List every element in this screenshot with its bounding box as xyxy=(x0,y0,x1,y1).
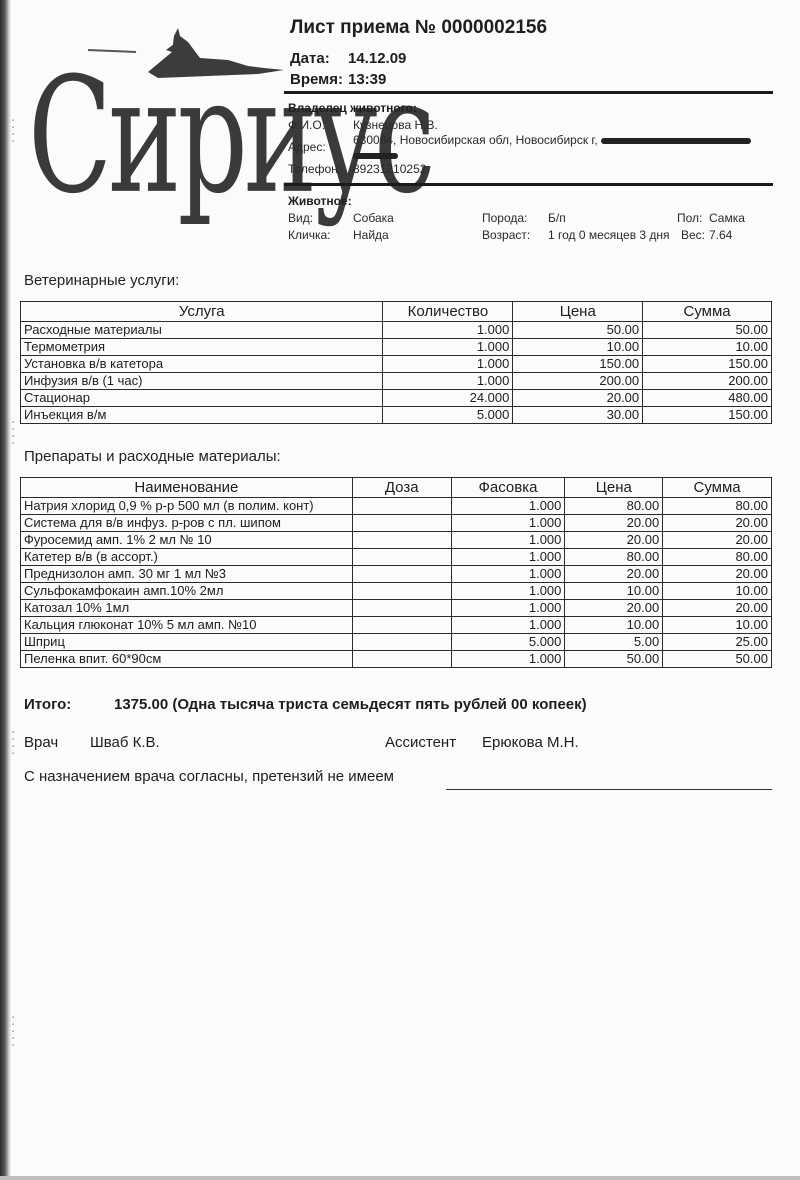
table-cell: Пеленка впит. 60*90см xyxy=(21,651,353,668)
table-cell: 1.000 xyxy=(451,600,565,617)
column-header: Фасовка xyxy=(451,478,565,498)
table-cell: Катозал 10% 1мл xyxy=(21,600,353,617)
assistant-name: Ерюкова М.Н. xyxy=(482,734,579,751)
total-value: 1375.00 (Одна тысяча триста семьдесят пя… xyxy=(114,696,587,713)
table-cell xyxy=(352,583,451,600)
table-cell: 10.00 xyxy=(513,339,643,356)
table-cell: 20.00 xyxy=(663,600,772,617)
document-title: Лист приема № 0000002156 xyxy=(290,17,547,39)
signature-line xyxy=(446,789,772,790)
table-cell: 50.00 xyxy=(565,651,663,668)
table-cell: Термометрия xyxy=(21,339,383,356)
table-row: Катетер в/в (в ассорт.)1.00080.0080.00 xyxy=(21,549,772,566)
table-row: Стационар24.00020.00480.00 xyxy=(21,390,772,407)
table-cell: Катетер в/в (в ассорт.) xyxy=(21,549,353,566)
owner-address-label: Адрес: xyxy=(288,140,326,154)
table-cell: 1.000 xyxy=(383,339,513,356)
table-row: Система для в/в инфуз. р-ров с пл. шипом… xyxy=(21,515,772,532)
total-label: Итого: xyxy=(24,696,114,713)
divider xyxy=(284,91,773,94)
age-label: Возраст: xyxy=(482,228,530,242)
drugs-heading: Препараты и расходные материалы: xyxy=(24,448,281,465)
table-cell: 1.000 xyxy=(451,515,565,532)
services-header-row: Услуга Количество Цена Сумма xyxy=(21,302,772,322)
table-cell xyxy=(352,515,451,532)
owner-heading: Владелец животного: xyxy=(288,101,417,115)
owner-address: 630084, Новосибирская обл, Новосибирск г… xyxy=(353,133,751,147)
table-cell xyxy=(352,566,451,583)
table-cell: 10.00 xyxy=(663,583,772,600)
table-cell xyxy=(352,634,451,651)
column-header: Услуга xyxy=(21,302,383,322)
table-cell: 50.00 xyxy=(663,651,772,668)
scan-edge-shadow xyxy=(0,0,11,1180)
table-cell: 20.00 xyxy=(663,566,772,583)
table-row: Натрия хлорид 0,9 % р-р 500 мл (в полим.… xyxy=(21,498,772,515)
table-row: Преднизолон амп. 30 мг 1 мл №31.00020.00… xyxy=(21,566,772,583)
column-header: Доза xyxy=(352,478,451,498)
table-cell xyxy=(352,532,451,549)
scan-artifact: ▪▪▪▪ xyxy=(12,420,22,448)
table-cell: 10.00 xyxy=(663,617,772,634)
date-row: Дата:14.12.09 xyxy=(290,50,406,67)
table-row: Катозал 10% 1мл1.00020.0020.00 xyxy=(21,600,772,617)
table-cell xyxy=(352,549,451,566)
table-cell: Преднизолон амп. 30 мг 1 мл №3 xyxy=(21,566,353,583)
table-cell: 20.00 xyxy=(565,600,663,617)
column-header: Сумма xyxy=(643,302,772,322)
column-header: Цена xyxy=(513,302,643,322)
table-cell: 10.00 xyxy=(565,617,663,634)
table-cell: 80.00 xyxy=(565,498,663,515)
date-value: 14.12.09 xyxy=(348,50,406,67)
doctor-name: Шваб К.В. xyxy=(90,734,160,751)
species-label: Вид: xyxy=(288,211,313,225)
pet-name-value: Найда xyxy=(353,228,389,242)
table-cell: 480.00 xyxy=(643,390,772,407)
table-cell: Стационар xyxy=(21,390,383,407)
table-cell: 150.00 xyxy=(513,356,643,373)
table-cell: Кальция глюконат 10% 5 мл амп. №10 xyxy=(21,617,353,634)
table-cell: 5.000 xyxy=(451,634,565,651)
table-cell: 1.000 xyxy=(383,322,513,339)
table-cell: 20.00 xyxy=(565,532,663,549)
time-value: 13:39 xyxy=(348,71,386,88)
column-header: Цена xyxy=(565,478,663,498)
table-cell: Фуросемид амп. 1% 2 мл № 10 xyxy=(21,532,353,549)
table-cell: 25.00 xyxy=(663,634,772,651)
table-cell: 1.000 xyxy=(451,583,565,600)
table-cell: Система для в/в инфуз. р-ров с пл. шипом xyxy=(21,515,353,532)
time-row: Время:13:39 xyxy=(290,71,386,88)
sex-label: Пол: xyxy=(677,211,702,225)
weight-value: 7.64 xyxy=(709,228,732,242)
weight-label: Вес: xyxy=(681,228,705,242)
scan-artifact: ▪▪▪▪ xyxy=(12,118,22,146)
table-row: Фуросемид амп. 1% 2 мл № 101.00020.0020.… xyxy=(21,532,772,549)
table-cell: 1.000 xyxy=(451,498,565,515)
table-cell: 1.000 xyxy=(451,549,565,566)
table-cell: 20.00 xyxy=(663,515,772,532)
owner-phone: 89231210252 xyxy=(353,162,426,176)
table-cell: Шприц xyxy=(21,634,353,651)
agreement-text: С назначением врача согласны, претензий … xyxy=(24,768,394,785)
table-cell: 24.000 xyxy=(383,390,513,407)
animal-heading: Животное: xyxy=(288,194,352,208)
date-label: Дата: xyxy=(290,50,348,67)
table-cell: Расходные материалы xyxy=(21,322,383,339)
table-row: Сульфокамфокаин амп.10% 2мл1.00010.0010.… xyxy=(21,583,772,600)
table-cell: 1.000 xyxy=(451,617,565,634)
column-header: Сумма xyxy=(663,478,772,498)
table-cell: 80.00 xyxy=(663,498,772,515)
table-cell: 10.00 xyxy=(643,339,772,356)
table-cell: 20.00 xyxy=(565,566,663,583)
column-header: Наименование xyxy=(21,478,353,498)
doctor-label: Врач xyxy=(24,734,58,751)
table-cell: Натрия хлорид 0,9 % р-р 500 мл (в полим.… xyxy=(21,498,353,515)
table-cell: 5.00 xyxy=(565,634,663,651)
table-row: Шприц5.0005.0025.00 xyxy=(21,634,772,651)
clinic-logo: Сириус xyxy=(28,22,268,242)
pet-name-label: Кличка: xyxy=(288,228,330,242)
drugs-header-row: Наименование Доза Фасовка Цена Сумма xyxy=(21,478,772,498)
table-row: Пеленка впит. 60*90см1.00050.0050.00 xyxy=(21,651,772,668)
scan-artifact: ▪▪▪▪▪ xyxy=(12,1015,22,1050)
table-cell: 30.00 xyxy=(513,407,643,424)
table-cell: 1.000 xyxy=(383,356,513,373)
assistant-label: Ассистент xyxy=(385,734,456,751)
owner-address-line2 xyxy=(353,148,398,162)
table-cell xyxy=(352,651,451,668)
table-cell: 150.00 xyxy=(643,407,772,424)
total-row: Итого:1375.00 (Одна тысяча триста семьде… xyxy=(24,696,587,713)
redaction-mark xyxy=(353,153,398,159)
services-table: Услуга Количество Цена Сумма Расходные м… xyxy=(20,301,772,424)
table-row: Кальция глюконат 10% 5 мл амп. №101.0001… xyxy=(21,617,772,634)
services-heading: Ветеринарные услуги: xyxy=(24,272,179,289)
owner-phone-label: Телефон: xyxy=(288,162,341,176)
table-row: Инфузия в/в (1 час)1.000200.00200.00 xyxy=(21,373,772,390)
owner-name-label: Ф.И.О.: xyxy=(288,118,328,132)
table-cell: 5.000 xyxy=(383,407,513,424)
owner-name: Кузнецова Н.В. xyxy=(353,118,438,132)
table-cell: Сульфокамфокаин амп.10% 2мл xyxy=(21,583,353,600)
table-cell: 20.00 xyxy=(513,390,643,407)
table-cell xyxy=(352,498,451,515)
table-cell: 80.00 xyxy=(663,549,772,566)
table-cell: 80.00 xyxy=(565,549,663,566)
table-cell: 1.000 xyxy=(451,566,565,583)
column-header: Количество xyxy=(383,302,513,322)
table-cell: 200.00 xyxy=(643,373,772,390)
scan-artifact: ▪▪▪▪ xyxy=(12,730,22,758)
time-label: Время: xyxy=(290,71,348,88)
table-row: Термометрия1.00010.0010.00 xyxy=(21,339,772,356)
redaction-mark xyxy=(601,138,751,144)
drugs-table: Наименование Доза Фасовка Цена Сумма Нат… xyxy=(20,477,772,668)
table-row: Инъекция в/м5.00030.00150.00 xyxy=(21,407,772,424)
table-cell: 50.00 xyxy=(513,322,643,339)
breed-label: Порода: xyxy=(482,211,527,225)
breed-value: Б/п xyxy=(548,211,566,225)
table-cell: 1.000 xyxy=(383,373,513,390)
table-cell: 10.00 xyxy=(565,583,663,600)
table-cell xyxy=(352,617,451,634)
scan-bottom-edge xyxy=(0,1176,800,1180)
table-cell: 20.00 xyxy=(565,515,663,532)
table-cell: 200.00 xyxy=(513,373,643,390)
species-value: Собака xyxy=(353,211,394,225)
table-cell: 20.00 xyxy=(663,532,772,549)
table-cell: 1.000 xyxy=(451,651,565,668)
table-cell: 50.00 xyxy=(643,322,772,339)
table-cell: 1.000 xyxy=(451,532,565,549)
divider xyxy=(284,183,773,186)
table-cell: Инфузия в/в (1 час) xyxy=(21,373,383,390)
table-row: Расходные материалы1.00050.0050.00 xyxy=(21,322,772,339)
table-cell xyxy=(352,600,451,617)
table-cell: Инъекция в/м xyxy=(21,407,383,424)
table-row: Установка в/в катетора1.000150.00150.00 xyxy=(21,356,772,373)
table-cell: 150.00 xyxy=(643,356,772,373)
table-cell: Установка в/в катетора xyxy=(21,356,383,373)
age-value: 1 год 0 месяцев 3 дня xyxy=(548,228,670,242)
sex-value: Самка xyxy=(709,211,745,225)
owner-address-text: 630084, Новосибирская обл, Новосибирск г… xyxy=(353,133,598,147)
